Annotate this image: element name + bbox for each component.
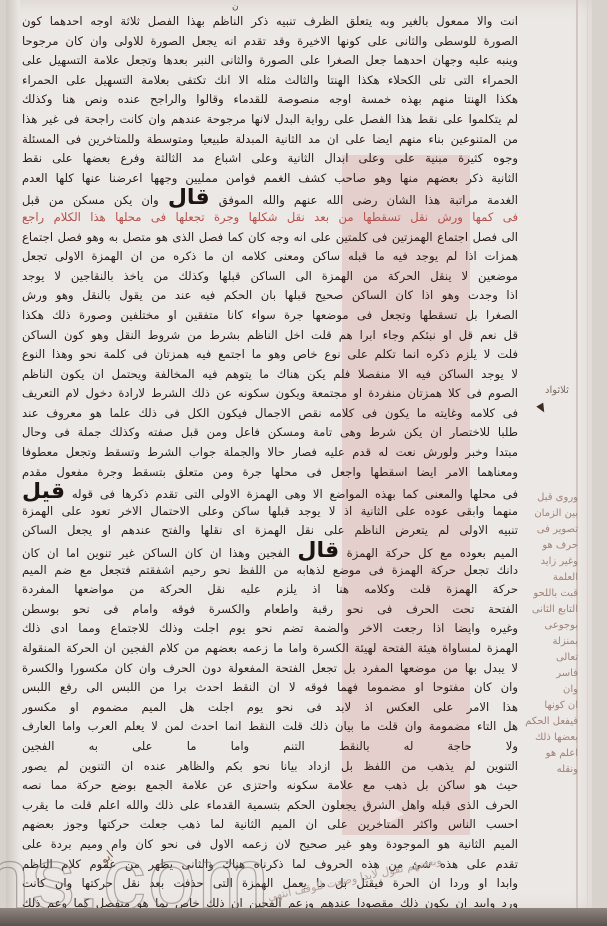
manuscript-line: الصوم فى كلا همزتان منفردة او مجتمعة ويك…	[22, 384, 518, 404]
manuscript-line: وينبه عليه وجهان احدهما جعل الصغرا على ا…	[22, 51, 518, 71]
manuscript-line: الحرف الذى قبله واهل الشرق يجعلون الحكم …	[22, 796, 518, 816]
margin-note: وان	[516, 682, 578, 698]
rubric-keyword: قال	[297, 541, 339, 561]
margin-note: فاسر	[516, 666, 578, 682]
manuscript-line: منهما وابقى عوده على الثانية اذ لا يوجد …	[22, 502, 518, 522]
manuscript-line: فى كمها ورش نقل تسقطها من بعد نقل شكلها …	[22, 208, 518, 228]
margin-note: بمنزلة	[516, 634, 578, 650]
manuscript-line: لا يبدل بها من موضعها المفرد بل تجعل الف…	[22, 659, 518, 679]
manuscript-line: طلبا للاختصار ان يكن شرط وهى تامة ومسكن …	[22, 423, 518, 443]
table-shadow	[0, 908, 607, 926]
manuscript-line: قل نعم قل او نبئكم وجاء ابرا هم قلت اخل …	[22, 326, 518, 346]
manuscript-line: دانك تجعل حركة الهمزة فى موضع لذهابه من …	[22, 561, 518, 581]
manuscript-line: وجوه كثيرة مبنية على وعلى ابدال الثانية …	[22, 149, 518, 169]
manuscript-line: الفتحة تحت الحرف فى نحو رقبة واطعام والك…	[22, 600, 518, 620]
margin-note: تعالى	[516, 650, 578, 666]
manuscript-line: الثانية ذكر بعضهم منها وهو صاحب كشف الغم…	[22, 169, 518, 189]
manuscript-line: لم يتكلموا على نقط هذا الفصل على رواية ا…	[22, 110, 518, 130]
manuscript-line: الى فصل اجتماع الهمزتين فى كلمتين على ان…	[22, 228, 518, 248]
margin-note: اعلم هو	[516, 746, 578, 762]
manuscript-line: فى محلها والمعنى كما بهذه المواضع الا وه…	[22, 482, 518, 502]
margin-notes: وروى قبلبين الزمانتصوير فىحرف هووغير زاي…	[516, 490, 578, 778]
margin-note: تصوير فى	[516, 522, 578, 538]
manuscript-line: تنبيه الاولى لم يتعرض الناظم على نقل اله…	[22, 521, 518, 541]
rubric-keyword: قيل	[22, 482, 65, 502]
manuscript-text-block: انت والا ممعول بالغير وبه يتعلق الظرف تن…	[22, 12, 518, 913]
manuscript-line: اذا وجدت وهو اذا كان الساكن صحيح قبلها ب…	[22, 286, 518, 306]
margin-note: بوجوعى	[516, 618, 578, 634]
rubric-keyword: قال	[168, 188, 210, 208]
manuscript-line: الهمزة لمساواة هيئة الفتحة لهيئة الكسرة …	[22, 639, 518, 659]
manuscript-line: الصورة للوسطى والثانى على كونها الاخيرة …	[22, 32, 518, 52]
manuscript-line: الميم بعوده مع كل حركة الهمزة قال الفجين…	[22, 541, 518, 561]
top-mark: ن	[232, 2, 239, 12]
margin-note: فيفعل الحكم	[516, 714, 578, 730]
margin-note: وغير زايد	[516, 554, 578, 570]
manuscript-line: لا يوجد الساكن فيه الا منفصلا فلم يكن هن…	[22, 365, 518, 385]
margin-note: ونقله	[516, 762, 578, 778]
manuscript-line: الحمراء التى تلى الكحلاء هكذا الهنتا وال…	[22, 71, 518, 91]
manuscript-line: الصغرا بل تسقطها وتجعل فى موضعها جرة سوا…	[22, 306, 518, 326]
manuscript-line: هكذا الهنتا منهم بهذه خمسة اوجه منصوصة ل…	[22, 90, 518, 110]
manuscript-line: همزات اذا لم يوجد فيه ما قبله ساكن ومعنى…	[22, 247, 518, 267]
manuscript-line: التنوين لم يذهب من اللفظ بل ازداد بيانا …	[22, 757, 518, 777]
margin-note: حرف هو	[516, 538, 578, 554]
margin-note: وروى قبل	[516, 490, 578, 506]
margin-note: بين الزمان	[516, 506, 578, 522]
manuscript-line: فلت لا يلزم ذكره انما تكلم على نوع خاص و…	[22, 345, 518, 365]
manuscript-line: وغيره وايضا اذا رجعت الاخر والضمة تضم نح…	[22, 619, 518, 639]
manuscript-line: ولا حاجة له بالنقط التنم واما ما على به …	[22, 737, 518, 757]
manuscript-line: انت والا ممعول بالغير وبه يتعلق الظرف تن…	[22, 12, 518, 32]
margin-note: العلمة	[516, 570, 578, 586]
margin-note: ان كونها	[516, 698, 578, 714]
manuscript-line: موضعين لا ينقل الحركة من الهمزة الى السا…	[22, 267, 518, 287]
manuscript-line: ومعناهما الامر ايضا اسقطها واجعل فى محله…	[22, 463, 518, 483]
manuscript-line: حركة الهمزة قلت وكلامه هنا اذ يلزم عليه …	[22, 580, 518, 600]
manuscript-line: من المتنوعين بناء منهم ايضا على ان مد ال…	[22, 130, 518, 150]
page-fold-shadow	[6, 0, 20, 912]
manuscript-line: هذا الامر على العكس اذ لابد فى نحو يوم ا…	[22, 698, 518, 718]
manuscript-line: فى كلامه وغايته ما يكون فى كلامه نقص الا…	[22, 404, 518, 424]
margin-note-top: ثلاثواد	[545, 385, 569, 396]
page-edge-line-outer	[587, 0, 588, 912]
manuscript-line: هل التاء مضمومة وان قلت ما بيان ذلك قلت …	[22, 717, 518, 737]
manuscript-line: وان كان مفتوحا او مضموما فهما فوقه لا ان…	[22, 678, 518, 698]
manuscript-line: الغدمة مراتبة هذا الشان رضى الله عنهم وا…	[22, 188, 518, 208]
manuscript-line: حيث هو ساكن بل ذهب مع علامة سكونه واحتزى…	[22, 776, 518, 796]
margin-note: التابع الثانى	[516, 602, 578, 618]
margin-note: بعضها ذلك	[516, 730, 578, 746]
manuscript-line: مبتدا وخبر ولورش نعت له قدم عليه فصار حا…	[22, 443, 518, 463]
margin-note: قبت باللحو	[516, 586, 578, 602]
